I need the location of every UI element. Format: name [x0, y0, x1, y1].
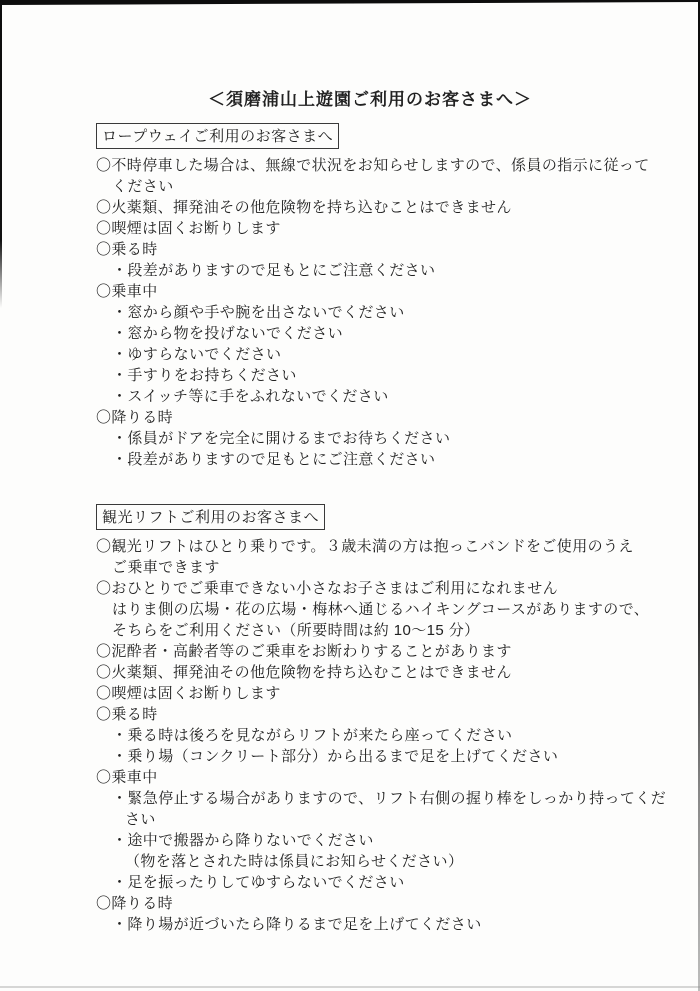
text-line: 〇乗る時 [96, 239, 644, 260]
text-line: ・乗り場（コンクリート部分）から出るまで足を上げてください [96, 746, 644, 767]
text-line: 〇不時停車した場合は、無線で状況をお知らせしますので、係員の指示に従って [96, 155, 644, 176]
scanned-notice-page: { "page": { "title": "＜須磨浦山上遊園ご利用のお客さまへ＞… [0, 0, 700, 991]
text-line: ・手すりをお持ちください [96, 365, 644, 386]
text-line: そちらをご利用ください（所要時間は約 10～15 分） [96, 620, 644, 641]
text-line: はりま側の広場・花の広場・梅林へ通じるハイキングコースがありますので、 [96, 599, 644, 620]
text-line: ・緊急停止する場合がありますので、リフト右側の握り棒をしっかり持ってくだ [96, 788, 644, 809]
section-heading: 観光リフトご利用のお客さまへ [96, 504, 325, 530]
text-line: ・スイッチ等に手をふれないでください [96, 386, 644, 407]
text-line: ・窓から物を投げないでください [96, 323, 644, 344]
text-line: ・ゆすらないでください [96, 344, 644, 365]
text-line: ・降り場が近づいたら降りるまで足を上げてください [96, 914, 644, 935]
text-line: 〇乗車中 [96, 767, 644, 788]
text-line: ・足を振ったりしてゆすらないでください [96, 872, 644, 893]
text-line: 〇火薬類、揮発油その他危険物を持ち込むことはできません [96, 197, 644, 218]
text-line: 〇観光リフトはひとり乗りです。３歳未満の方は抱っこバンドをご使用のうえ [96, 536, 644, 557]
text-line: 〇おひとりでご乗車できない小さなお子さまはご利用になれません [96, 578, 644, 599]
text-line: ・係員がドアを完全に開けるまでお待ちください [96, 428, 644, 449]
text-line: さい [96, 809, 644, 830]
text-line: 〇喫煙は固くお断りします [96, 683, 644, 704]
scan-edge-bottom [0, 986, 700, 988]
text-line: 〇降りる時 [96, 893, 644, 914]
notice-section-1: ロープウェイご利用のお客さまへ〇不時停車した場合は、無線で状況をお知らせしますの… [96, 123, 644, 470]
text-line: 〇乗る時 [96, 704, 644, 725]
text-line: （物を落とされた時は係員にお知らせください） [96, 851, 644, 872]
text-line: 〇泥酔者・高齢者等のご乗車をお断わりすることがあります [96, 641, 644, 662]
section-heading: ロープウェイご利用のお客さまへ [96, 123, 339, 149]
document-content: ＜須磨浦山上遊園ご利用のお客さまへ＞ ロープウェイご利用のお客さまへ〇不時停車し… [96, 85, 644, 935]
text-line: ・途中で搬器から降りないでください [96, 830, 644, 851]
text-line: ご乗車できます [96, 557, 644, 578]
text-line: 〇火薬類、揮発油その他危険物を持ち込むことはできません [96, 662, 644, 683]
text-line: 〇喫煙は固くお断りします [96, 218, 644, 239]
text-line: 〇乗車中 [96, 281, 644, 302]
text-line: ・乗る時は後ろを見ながらリフトが来たら座ってください [96, 725, 644, 746]
text-line: ・段差がありますので足もとにご注意ください [96, 260, 644, 281]
text-line: 〇降りる時 [96, 407, 644, 428]
text-line: ・窓から顔や手や腕を出さないでください [96, 302, 644, 323]
text-line: ください [96, 176, 644, 197]
scan-edge-left [0, 0, 2, 308]
scan-edge-top [0, 0, 700, 5]
document-body: ロープウェイご利用のお客さまへ〇不時停車した場合は、無線で状況をお知らせしますの… [96, 123, 644, 935]
notice-section-2: 観光リフトご利用のお客さまへ〇観光リフトはひとり乗りです。３歳未満の方は抱っこバ… [96, 504, 644, 935]
text-line: ・段差がありますので足もとにご注意ください [96, 449, 644, 470]
page-title: ＜須磨浦山上遊園ご利用のお客さまへ＞ [96, 85, 644, 110]
